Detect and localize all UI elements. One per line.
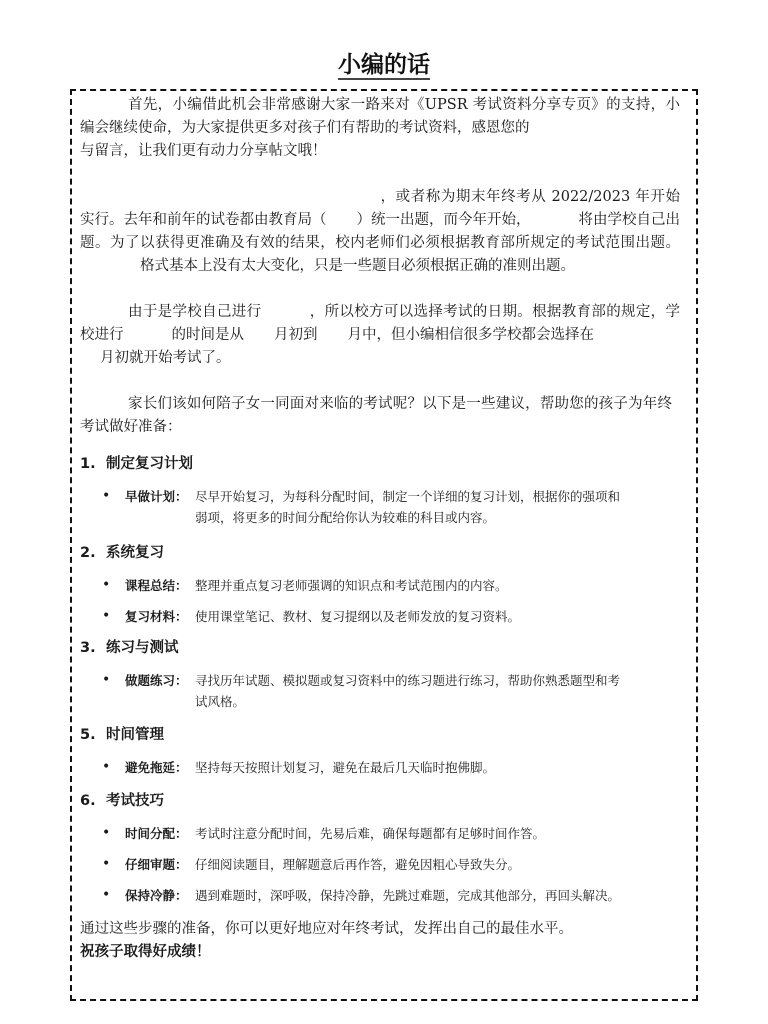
closing-wish: 祝孩子取得好成绩！ bbox=[80, 941, 688, 964]
section-heading: 3.练习与测试 bbox=[80, 637, 688, 660]
intro-paragraph: 首先，小编借此机会非常感谢大家一路来对《UPSR 考试资料分享专页》的支持，小编… bbox=[80, 94, 680, 163]
page-title: 小编的话 bbox=[0, 46, 768, 79]
bullet-icon: • bbox=[102, 823, 110, 844]
item-label: 避免拖延： bbox=[125, 757, 188, 778]
section-number: 3. bbox=[80, 637, 106, 660]
item-text: 仔细阅读题目，理解题意后再作答，避免因粗心导致失分。 bbox=[195, 854, 625, 875]
section-number: 2. bbox=[80, 542, 106, 565]
section-heading: 5.时间管理 bbox=[80, 724, 688, 747]
item-text: 坚持每天按照计划复习，避免在最后几天临时抱佛脚。 bbox=[195, 757, 625, 778]
list-item: •时间分配：考试时注意分配时间，先易后难，确保每题都有足够时间作答。 bbox=[80, 823, 688, 844]
item-label: 时间分配： bbox=[125, 823, 188, 844]
schedule-text-3: 的时间是从 bbox=[172, 327, 245, 343]
section-title: 考试技巧 bbox=[106, 793, 164, 809]
schedule-text-4: 月初到 bbox=[274, 327, 318, 343]
section-practice: 3.练习与测试 •做题练习：寻找历年试题、模拟题或复习资料中的练习题进行练习，帮… bbox=[80, 637, 688, 712]
list-item: •课程总结：整理并重点复习老师强调的知识点和考试范围内的内容。 bbox=[80, 575, 688, 596]
list-item: •仔细审题：仔细阅读题目，理解题意后再作答，避免因粗心导致失分。 bbox=[80, 854, 688, 875]
list-item: •早做计划：尽早开始复习，为每科分配时间，制定一个详细的复习计划，根据你的强项和… bbox=[80, 486, 688, 528]
section-title: 时间管理 bbox=[106, 727, 164, 743]
bullet-icon: • bbox=[102, 670, 110, 691]
section-title: 系统复习 bbox=[106, 545, 164, 561]
section-exam-tips: 6.考试技巧 •时间分配：考试时注意分配时间，先易后难，确保每题都有足够时间作答… bbox=[80, 790, 688, 906]
section-title: 练习与测试 bbox=[106, 640, 179, 656]
list-item: •保持冷静：遇到难题时，深呼吸，保持冷静，先跳过难题，完成其他部分，再回头解决。 bbox=[80, 885, 688, 906]
section-title: 制定复习计划 bbox=[106, 456, 193, 472]
background-paragraph: ，或者称为期末年终考从 2022/2023 年开始实行。去年和前年的试卷都由教育… bbox=[80, 186, 680, 278]
section-time-management: 5.时间管理 •避免拖延：坚持每天按照计划复习，避免在最后几天临时抱佛脚。 bbox=[80, 724, 688, 778]
item-label: 复习材料： bbox=[125, 606, 188, 627]
item-label: 保持冷静： bbox=[125, 885, 188, 906]
section-plan: 1.制定复习计划 •早做计划：尽早开始复习，为每科分配时间，制定一个详细的复习计… bbox=[80, 453, 688, 528]
section-heading: 2.系统复习 bbox=[80, 542, 688, 565]
title-text: 小编的话 bbox=[338, 52, 430, 80]
bullet-icon: • bbox=[102, 486, 110, 507]
schedule-text-1: 由于是学校自己进行 bbox=[128, 304, 261, 320]
section-review: 2.系统复习 •课程总结：整理并重点复习老师强调的知识点和考试范围内的内容。 •… bbox=[80, 542, 688, 627]
bullet-icon: • bbox=[102, 606, 110, 627]
bullet-icon: • bbox=[102, 854, 110, 875]
item-label: 早做计划： bbox=[125, 486, 188, 507]
item-text: 尽早开始复习，为每科分配时间，制定一个详细的复习计划，根据你的强项和弱项，将更多… bbox=[195, 486, 625, 528]
section-heading: 1.制定复习计划 bbox=[80, 453, 688, 476]
item-text: 寻找历年试题、模拟题或复习资料中的练习题进行练习，帮助你熟悉题型和考试风格。 bbox=[195, 670, 625, 712]
section-heading: 6.考试技巧 bbox=[80, 790, 688, 813]
section-number: 5. bbox=[80, 724, 106, 747]
section-number: 1. bbox=[80, 453, 106, 476]
item-label: 仔细审题： bbox=[125, 854, 188, 875]
bullet-icon: • bbox=[102, 757, 110, 778]
advice-intro-paragraph: 家长们该如何陪子女一同面对来临的考试呢？以下是一些建议，帮助您的孩子为年终考试做… bbox=[80, 393, 672, 439]
advice-intro-text: 家长们该如何陪子女一同面对来临的考试呢？以下是一些建议，帮助您的孩子为年终考试做… bbox=[80, 396, 672, 435]
section-number: 6. bbox=[80, 790, 106, 813]
intro-text-end: 与留言，让我们更有动力分享帖文哦！ bbox=[80, 143, 327, 159]
item-text: 整理并重点复习老师强调的知识点和考试范围内的内容。 bbox=[195, 575, 625, 596]
item-label: 做题练习： bbox=[125, 670, 188, 691]
item-text: 遇到难题时，深呼吸，保持冷静，先跳过难题，完成其他部分，再回头解决。 bbox=[195, 885, 625, 906]
bullet-icon: • bbox=[102, 575, 110, 596]
background-text-4: 格式基本上没有太大变化，只是一些题目必须根据正确的准则出题。 bbox=[140, 258, 575, 274]
schedule-paragraph: 由于是学校自己进行，所以校方可以选择考试的日期。根据教育部的规定，学校进行的时间… bbox=[80, 301, 680, 370]
bullet-icon: • bbox=[102, 885, 110, 906]
item-label: 课程总结： bbox=[125, 575, 188, 596]
list-item: •避免拖延：坚持每天按照计划复习，避免在最后几天临时抱佛脚。 bbox=[80, 757, 688, 778]
schedule-text-6: 月初就开始考试了。 bbox=[100, 350, 231, 366]
list-item: •复习材料：使用课堂笔记、教材、复习提纲以及老师发放的复习资料。 bbox=[80, 606, 688, 627]
intro-text: 首先，小编借此机会非常感谢大家一路来对《UPSR 考试资料分享专页》的支持，小编… bbox=[80, 97, 680, 136]
letter-content: 首先，小编借此机会非常感谢大家一路来对《UPSR 考试资料分享专页》的支持，小编… bbox=[80, 92, 688, 964]
schedule-text-5: 月中，但小编相信很多学校都会选择在 bbox=[348, 327, 595, 343]
list-item: •做题练习：寻找历年试题、模拟题或复习资料中的练习题进行练习，帮助你熟悉题型和考… bbox=[80, 670, 688, 712]
closing-paragraph: 通过这些步骤的准备，你可以更好地应对年终考试，发挥出自己的最佳水平。 bbox=[80, 918, 688, 941]
item-text: 使用课堂笔记、教材、复习提纲以及老师发放的复习资料。 bbox=[195, 606, 625, 627]
background-text-2: ）统一出题，而今年开始， bbox=[357, 212, 531, 228]
item-text: 考试时注意分配时间，先易后难，确保每题都有足够时间作答。 bbox=[195, 823, 625, 844]
